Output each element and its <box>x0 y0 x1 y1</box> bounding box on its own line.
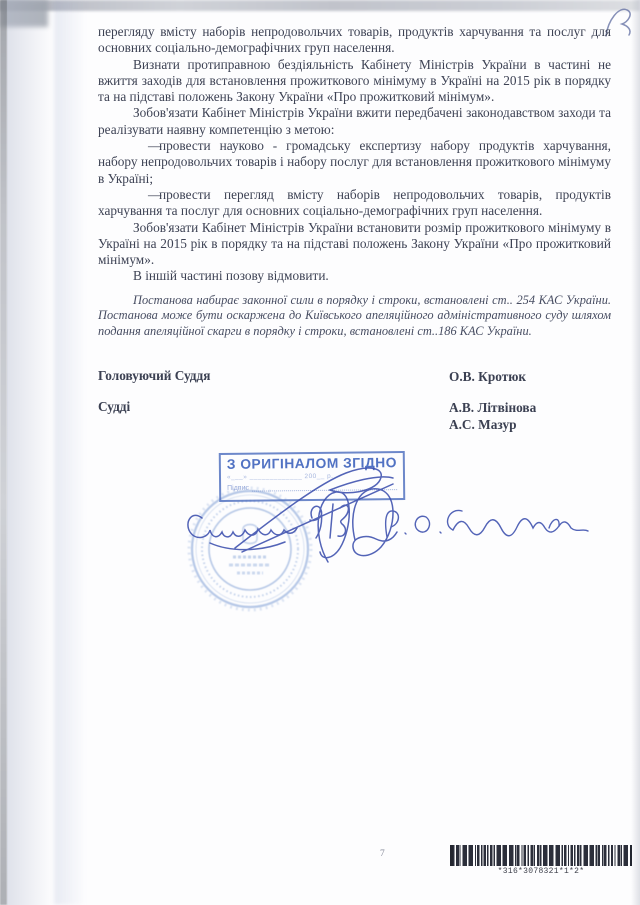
presiding-judge-label: Головуючий Суддя <box>98 368 210 384</box>
list-item-text: провести перегляд вмісту наборів непродо… <box>98 187 611 218</box>
dash-marker: — <box>123 138 159 154</box>
paragraph: Визнати протиправною бездіяльність Кабін… <box>98 57 611 106</box>
scan-left-edge <box>0 0 7 905</box>
document-body: перегляду вмісту наборів непродовольчих … <box>98 24 611 433</box>
barcode-icon <box>450 845 632 866</box>
judges-row: Судді А.В. Літвінова А.С. Мазур <box>98 399 611 433</box>
paragraph: Зобов'язати Кабінет Міністрів України вж… <box>98 105 611 138</box>
scan-left-shadow <box>7 0 53 905</box>
handwriting-flourish <box>210 542 285 550</box>
page-number: 7 <box>380 849 385 859</box>
handwriting-mark <box>330 504 333 538</box>
judge-names: А.В. Літвінова А.С. Мазур <box>449 399 611 433</box>
list-item-text: провести науково - громадську експертизу… <box>98 138 611 186</box>
judge-name: А.В. Літвінова <box>449 399 611 416</box>
presiding-judge-row: Головуючий Суддя О.В. Кротюк <box>98 368 611 385</box>
paragraph: перегляду вмісту наборів непродовольчих … <box>98 24 611 57</box>
list-item-paragraph: —провести науково - громадську експертиз… <box>98 138 611 187</box>
list-item-paragraph: —провести перегляд вмісту наборів непрод… <box>98 187 611 220</box>
paragraph: В іншій частині позову відмовити. <box>98 268 611 284</box>
judge-name: А.С. Мазур <box>449 416 611 433</box>
paragraph: Зобов'язати Кабінет Міністрів України вс… <box>98 220 611 269</box>
scan-right-shadow <box>631 0 640 905</box>
barcode-block: *316*3078321*1*2* <box>450 845 632 876</box>
scan-top-edge-shadow <box>0 0 640 11</box>
appeal-note-paragraph: Постанова набирає законної сили в порядк… <box>98 293 611 340</box>
judges-label: Судді <box>98 399 130 415</box>
signature-block: Головуючий Суддя О.В. Кротюк Судді А.В. … <box>98 368 611 433</box>
handwritten-name <box>386 510 588 537</box>
scanned-court-document-page: перегляду вмісту наборів непродовольчих … <box>0 0 640 905</box>
handwritten-signatures <box>150 440 620 640</box>
signature-slash <box>242 484 393 552</box>
presiding-judge-name: О.В. Кротюк <box>449 368 611 385</box>
page-crease-shadow <box>54 0 84 905</box>
handwriting-secretary-word <box>188 515 297 537</box>
barcode-label: *316*3078321*1*2* <box>450 867 632 876</box>
dash-marker: — <box>123 187 159 203</box>
